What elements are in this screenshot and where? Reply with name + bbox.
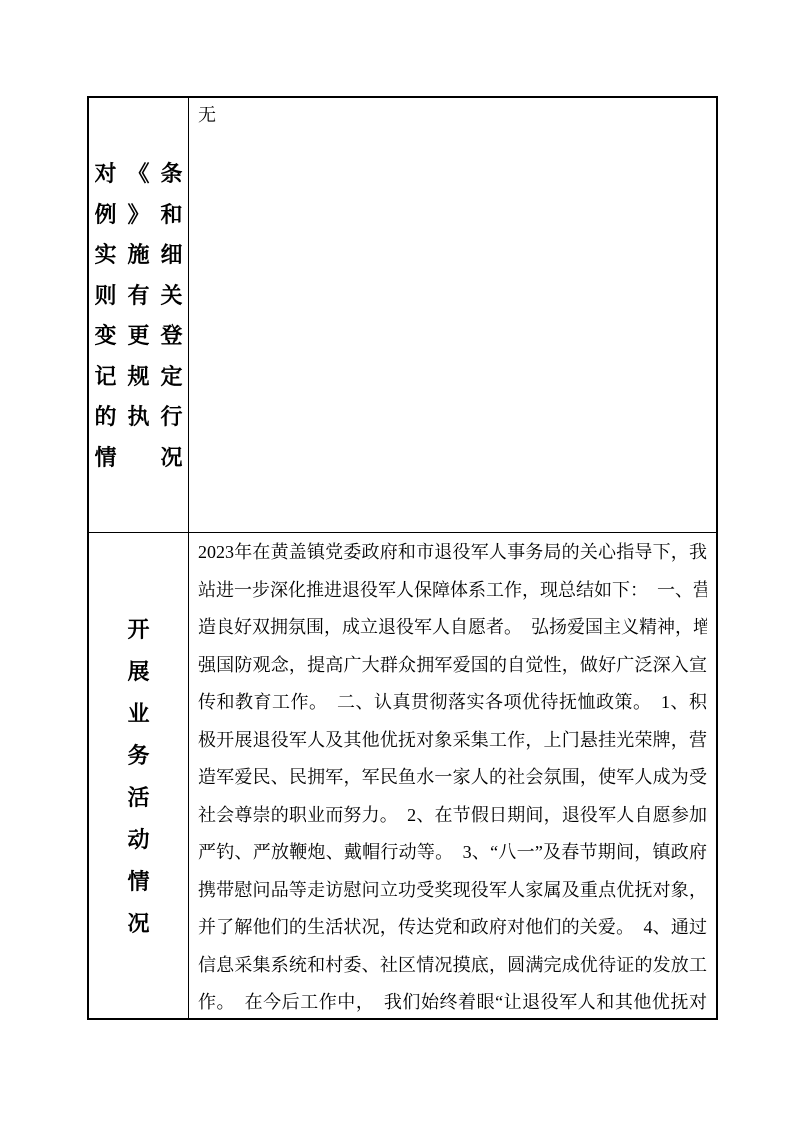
- label-line: 变更登: [95, 316, 183, 357]
- document-page: 对《条 例》和 实施细 则有关 变更登 记规定 的执行 情 况 无 开 展 业 …: [0, 0, 794, 1122]
- row1-label-cell: 对《条 例》和 实施细 则有关 变更登 记规定 的执行 情 况: [89, 98, 189, 533]
- content-line: 并了解他们的生活状况，传达党和政府对他们的关爱。 4、通过: [198, 909, 707, 947]
- row1-label: 对《条 例》和 实施细 则有关 变更登 记规定 的执行 情 况: [95, 154, 183, 478]
- content-line: 站进一步深化推进退役军人保障体系工作，现总结如下： 一、营: [198, 572, 707, 610]
- row2-label: 开 展 业 务 活 动 情 况: [89, 609, 188, 945]
- row2-content-cell: 2023年在黄盖镇党委政府和市退役军人事务局的关心指导下，我 站进一步深化推进退…: [189, 533, 716, 1018]
- label-line: 记规定: [95, 357, 183, 398]
- content-line: 作。 在今后工作中， 我们始终着眼“让退役军人和其他优抚对: [198, 984, 707, 1018]
- report-table: 对《条 例》和 实施细 则有关 变更登 记规定 的执行 情 况 无 开 展 业 …: [87, 96, 718, 1020]
- label-char: 开: [89, 609, 188, 651]
- row2-label-cell: 开 展 业 务 活 动 情 况: [89, 533, 189, 1018]
- label-char: 动: [89, 819, 188, 861]
- content-line: 社会尊崇的职业而努力。 2、在节假日期间，退役军人自愿参加: [198, 797, 707, 835]
- content-line: 严钓、严放鞭炮、戴帽行动等。 3、“八一”及春节期间，镇政府: [198, 834, 707, 872]
- label-char: 业: [89, 693, 188, 735]
- content-line: 携带慰问品等走访慰问立功受奖现役军人家属及重点优抚对象，: [198, 872, 707, 910]
- content-line: 强国防观念，提高广大群众拥军爱国的自觉性，做好广泛深入宣: [198, 647, 707, 685]
- label-char: 情: [89, 861, 188, 903]
- row1-content-text: 无: [198, 103, 707, 127]
- label-line: 实施细: [95, 235, 183, 276]
- content-line: 造良好双拥氛围，成立退役军人自愿者。 弘扬爱国主义精神，增: [198, 609, 707, 647]
- row1-content-cell: 无: [189, 98, 716, 533]
- content-line: 极开展退役军人及其他优抚对象采集工作，上门悬挂光荣牌，营: [198, 722, 707, 760]
- content-line: 2023年在黄盖镇党委政府和市退役军人事务局的关心指导下，我: [198, 534, 707, 572]
- content-line: 信息采集系统和村委、社区情况摸底，圆满完成优待证的发放工: [198, 947, 707, 985]
- label-line: 情 况: [95, 438, 183, 479]
- content-line: 传和教育工作。 二、认真贯彻落实各项优待抚恤政策。 1、积: [198, 684, 707, 722]
- content-line: 造军爱民、民拥军，军民鱼水一家人的社会氛围，使军人成为受: [198, 759, 707, 797]
- label-line: 对《条: [95, 154, 183, 195]
- label-char: 况: [89, 903, 188, 945]
- label-line: 的执行: [95, 397, 183, 438]
- label-line: 则有关: [95, 276, 183, 317]
- label-char: 活: [89, 777, 188, 819]
- label-line: 例》和: [95, 195, 183, 236]
- label-char: 务: [89, 735, 188, 777]
- label-char: 展: [89, 651, 188, 693]
